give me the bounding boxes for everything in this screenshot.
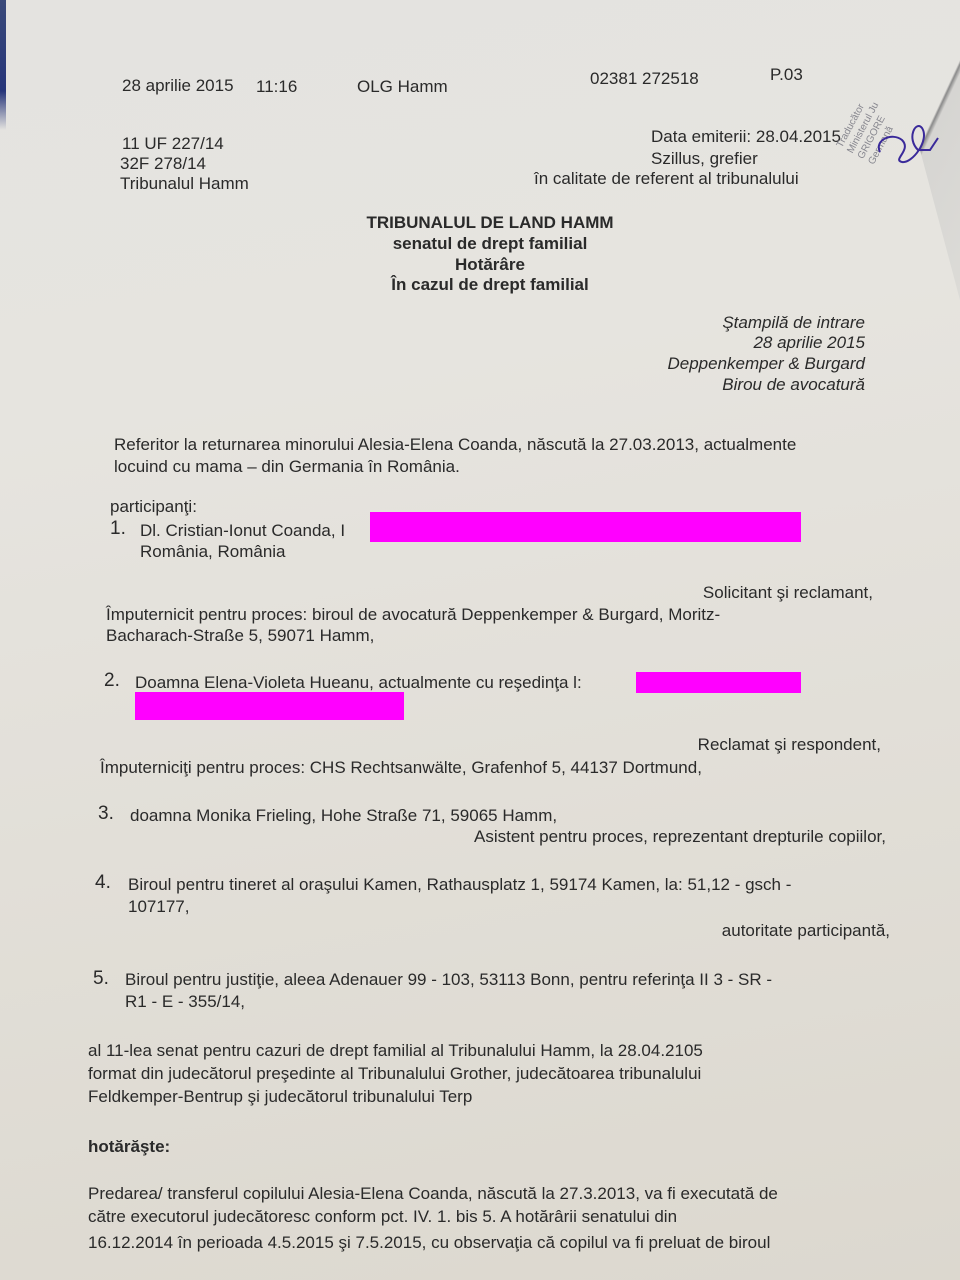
participant-number: 4. <box>95 872 111 894</box>
participant-2-role: Reclamat şi respondent, <box>500 734 881 756</box>
document-type: Hotărâre <box>340 254 640 276</box>
clerk-name: Szillus, grefier <box>651 148 758 170</box>
reference-1: 11 UF 227/14 <box>122 133 224 155</box>
subject-line-1: Referitor la returnarea minorului Alesia… <box>114 434 796 456</box>
fax-sender: OLG Hamm <box>357 76 448 98</box>
fax-phone: 02381 272518 <box>590 68 699 90</box>
entry-stamp-firm: Deppenkemper & Burgard <box>600 353 865 375</box>
decision-line-1: Predarea/ transferul copilului Alesia-El… <box>88 1183 778 1205</box>
participant-number: 3. <box>98 803 114 825</box>
issuance-date: Data emiterii: 28.04.2015 <box>651 126 841 148</box>
participant-3-role: Asistent pentru proces, reprezentant dre… <box>380 826 886 848</box>
document-page: 28 aprilie 2015 11:16 OLG Hamm 02381 272… <box>0 0 960 1280</box>
senate-line-3: Feldkemper-Bentrup şi judecătorul tribun… <box>88 1086 472 1108</box>
participant-2-name: Doamna Elena-Violeta Hueanu, actualmente… <box>135 672 582 694</box>
signature-icon <box>872 110 942 170</box>
case-type: În cazul de drept familial <box>340 274 640 296</box>
senate-title: senatul de drept familial <box>340 233 640 255</box>
entry-stamp-date: 28 aprilie 2015 <box>600 332 865 354</box>
participant-4-role: autoritate participantă, <box>600 920 890 942</box>
fax-date: 28 aprilie 2015 <box>122 75 234 97</box>
subject-line-2: locuind cu mama – din Germania în Români… <box>114 456 460 478</box>
participant-4-name: Biroul pentru tineret al oraşului Kamen,… <box>128 874 791 896</box>
redaction-box <box>135 692 404 720</box>
redaction-box <box>370 512 801 542</box>
decision-line-2: către executorul judecătoresc conform pc… <box>88 1206 677 1228</box>
participant-5-ref: R1 - E - 355/14, <box>125 991 245 1013</box>
entry-stamp-label: Ştampilă de intrare <box>600 312 865 334</box>
participant-1-counsel-address: Bacharach-Straße 5, 59071 Hamm, <box>106 625 374 647</box>
entry-stamp-office: Birou de avocatură <box>600 374 865 396</box>
participant-number: 1. <box>110 518 126 540</box>
participant-5-name: Biroul pentru justiţie, aleea Adenauer 9… <box>125 969 772 991</box>
decision-label: hotărăşte: <box>88 1136 170 1158</box>
senate-line-2: format din judecătorul preşedinte al Tri… <box>88 1063 701 1085</box>
court-title: TRIBUNALUL DE LAND HAMM <box>340 212 640 234</box>
court-name: Tribunalul Hamm <box>120 173 249 195</box>
reference-2: 32F 278/14 <box>120 153 206 175</box>
participant-1-role: Solicitant şi reclamant, <box>500 582 873 604</box>
participant-1-name: Dl. Cristian-Ionut Coanda, I <box>140 520 345 542</box>
participant-3-name: doamna Monika Frieling, Hohe Straße 71, … <box>130 805 557 827</box>
participant-2-counsel: Împuterniciţi pentru proces: CHS Rechtsa… <box>100 757 702 779</box>
senate-line-1: al 11-lea senat pentru cazuri de drept f… <box>88 1040 703 1062</box>
decision-line-3: 16.12.2014 în perioada 4.5.2015 şi 7.5.2… <box>88 1232 770 1254</box>
participant-number: 2. <box>104 670 120 692</box>
fax-time: 11:16 <box>256 76 297 98</box>
clerk-role: în calitate de referent al tribunalului <box>534 168 799 190</box>
fax-page: P.03 <box>770 64 803 86</box>
redaction-box <box>636 672 801 693</box>
participant-1-address: România, România <box>140 541 286 563</box>
participants-label: participanţi: <box>110 496 197 518</box>
participant-4-ref: 107177, <box>128 896 189 918</box>
participant-number: 5. <box>93 968 109 990</box>
background-edge <box>0 0 6 130</box>
participant-1-counsel: Împuternicit pentru proces: biroul de av… <box>106 604 720 626</box>
